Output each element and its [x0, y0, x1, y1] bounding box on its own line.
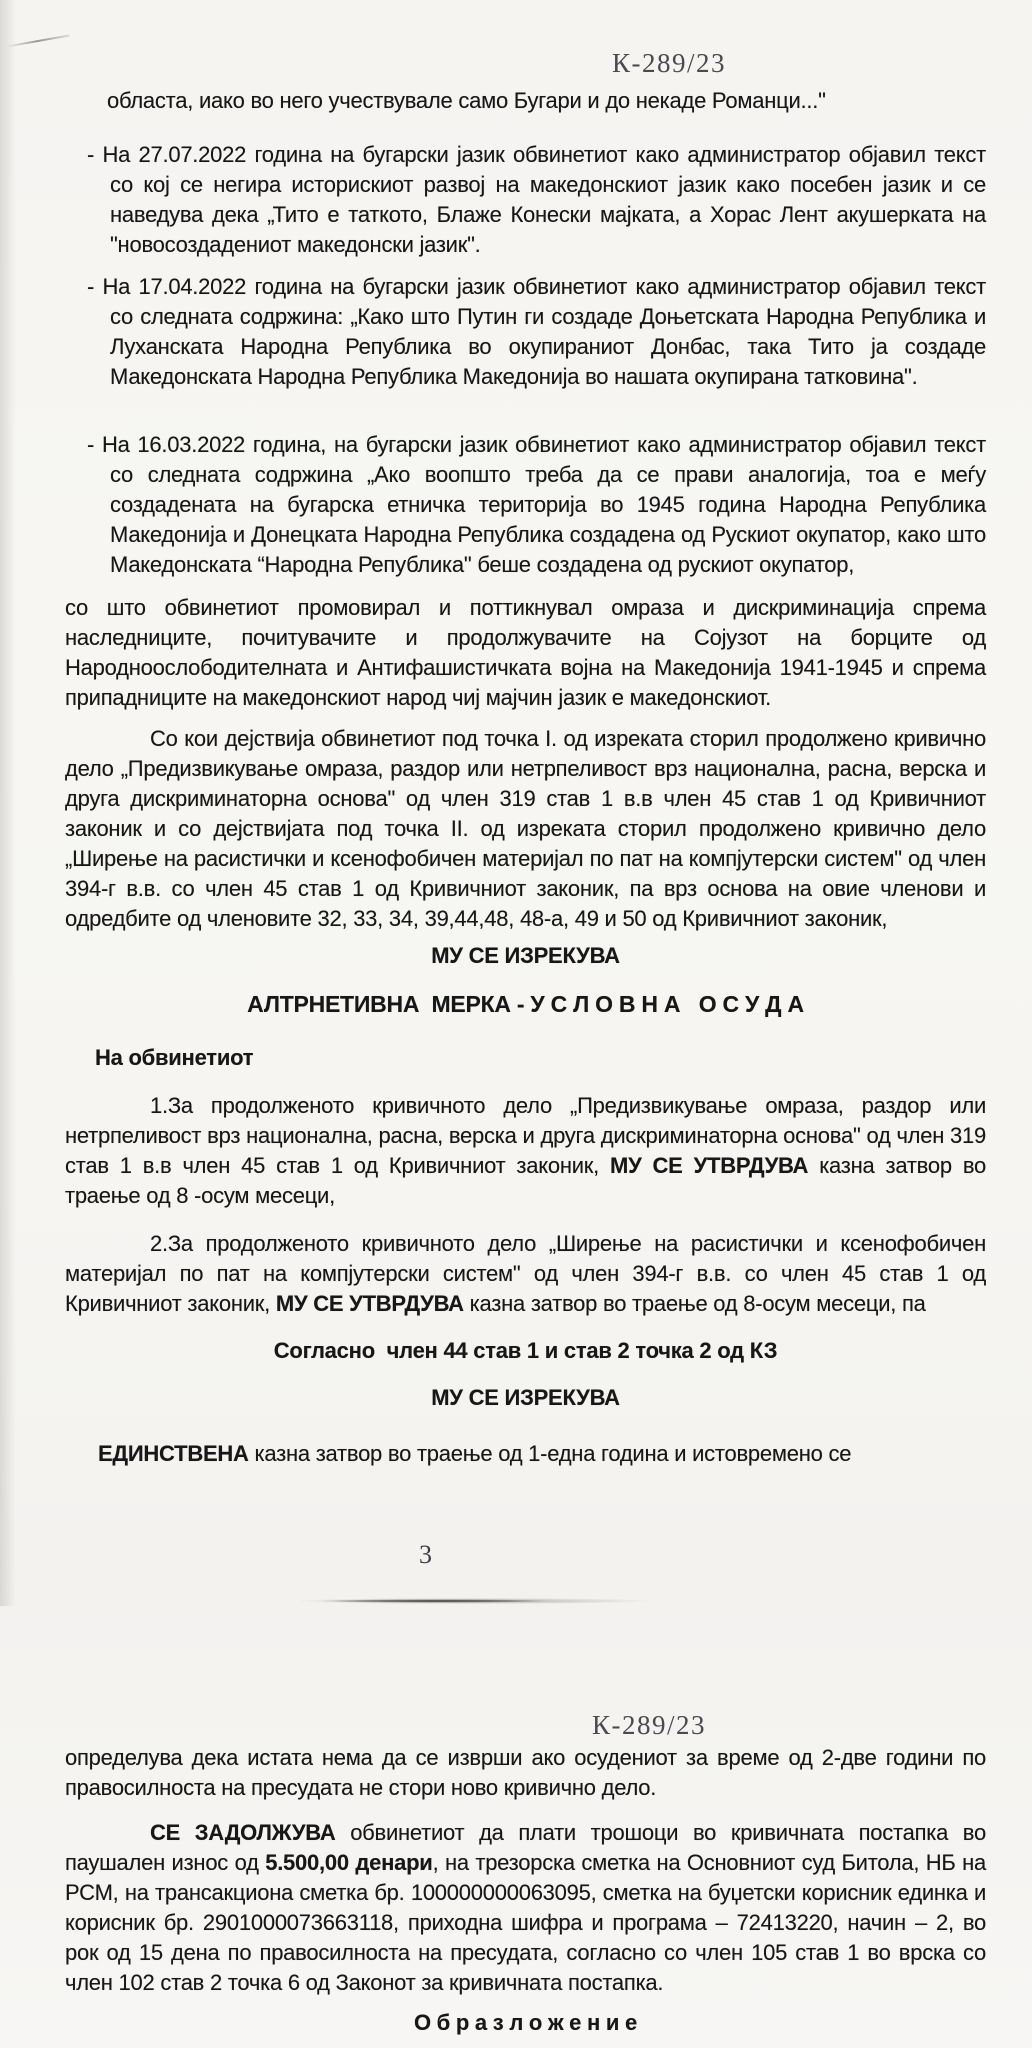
sentence-item-2: 2.За продолженото кривичното дело „Ширењ… [65, 1229, 986, 1319]
unified-sentence-paragraph: ЕДИНСТВЕНА казна затвор во траење од 1-е… [65, 1439, 986, 1469]
sentence-item-1: 1.За продолженото кривичното дело „Преди… [65, 1091, 986, 1211]
probation-paragraph: определува дека истата нема да се изврши… [65, 1743, 986, 1803]
reasoning-heading: О б р а з л о ж е н и е [65, 2008, 986, 2038]
bullet-item-1: - На 27.07.2022 година на бугарски јазик… [65, 140, 986, 260]
verdict-heading-2: МУ СЕ ИЗРЕКУВА [65, 1383, 986, 1413]
bullet-item-3: - На 16.03.2022 година, на бугарски јази… [65, 430, 986, 580]
page-break-shadow-core [305, 1599, 575, 1603]
scanned-court-judgment: К-289/23 областа, иако во него учествува… [0, 0, 1032, 2048]
costs-paragraph: СЕ ЗАДОЛЖУВА обвинетиот да плати трошоци… [65, 1818, 986, 1998]
defendant-heading: На обвинетиот [95, 1043, 495, 1073]
intro-line: областа, иако во него учествувале само Б… [107, 86, 987, 116]
alternative-measure-heading: АЛТРНЕТИВНА МЕРКА - У С Л О В Н А О С У … [65, 989, 986, 1019]
hate-promotion-paragraph: со што обвинетиот промовирал и поттикнув… [65, 593, 986, 713]
legal-basis-heading: Согласно член 44 став 1 и став 2 точка 2… [65, 1336, 986, 1366]
page-number: 3 [419, 1540, 432, 1570]
scan-edge-shading [0, 0, 16, 1606]
case-number: К-289/23 [612, 48, 726, 79]
verdict-heading: МУ СЕ ИЗРЕКУВА [65, 941, 986, 971]
offenses-paragraph: Со кои дејствија обвинетиот под точка I.… [65, 724, 986, 934]
case-number: К-289/23 [592, 1710, 706, 1741]
bullet-item-2: - На 17.04.2022 година на бугарски јазик… [65, 272, 986, 392]
